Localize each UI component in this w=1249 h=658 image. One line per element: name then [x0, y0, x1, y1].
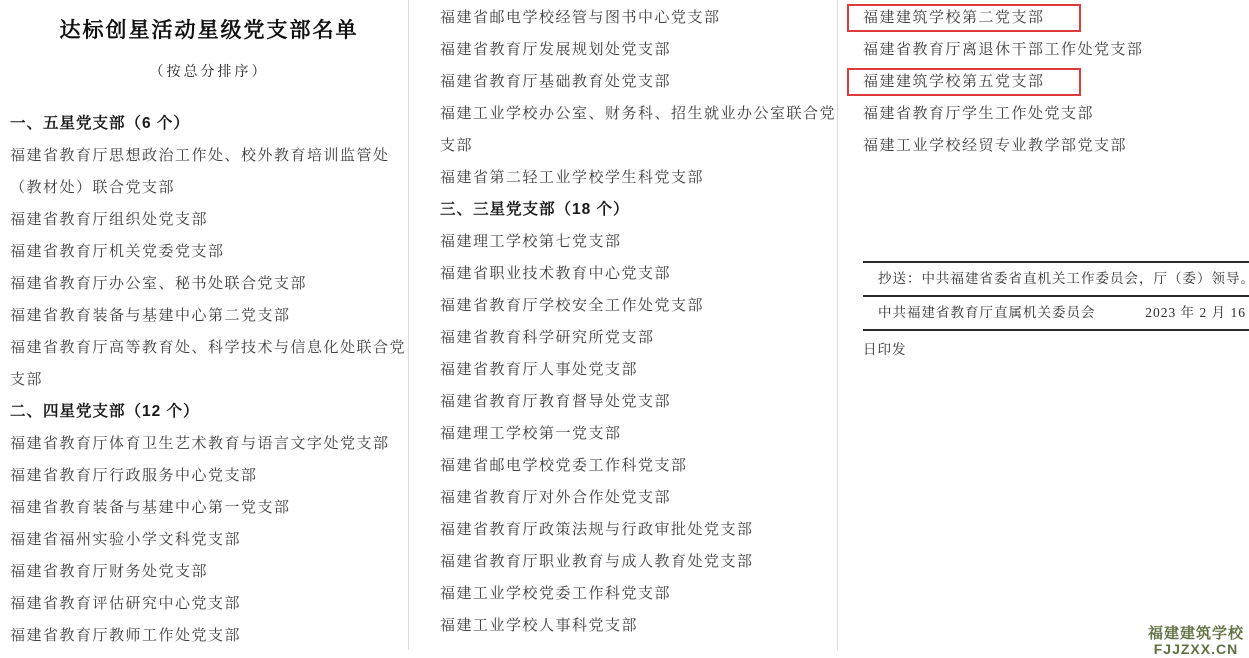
three-star-list-part2: 福建建筑学校第二党支部福建省教育厅离退休干部工作处党支部福建建筑学校第五党支部福… — [863, 4, 1249, 162]
four-star-list-part2: 福建省邮电学校经管与图书中心党支部福建省教育厅发展规划处党支部福建省教育厅基础教… — [440, 2, 837, 194]
list-item: 福建省教育厅机关党委党支部 — [10, 236, 408, 268]
issuer-row: 中共福建省教育厅直属机关委员会 2023 年 2 月 16 — [863, 297, 1249, 331]
list-item: 福建工业学校经贸专业教学部党支部 — [863, 130, 1249, 162]
list-item: 福建省教育厅思想政治工作处、校外教育培训监管处（教材处）联合党支部 — [10, 140, 408, 204]
list-item: 福建工业学校党委工作科党支部 — [440, 578, 837, 610]
list-item: 福建工业学校人事科党支部 — [440, 610, 837, 642]
list-item: 福建理工学校第一党支部 — [440, 418, 837, 450]
list-item: 福建省教育厅体育卫生艺术教育与语言文字处党支部 — [10, 428, 408, 460]
issue-date-continued: 日印发 — [863, 340, 1249, 360]
list-item: 福建省教育装备与基建中心第一党支部 — [10, 492, 408, 524]
section-heading-three-star: 三、三星党支部（18 个） — [440, 194, 837, 226]
issuer-name: 中共福建省教育厅直属机关委员会 — [878, 297, 1096, 329]
list-item: 福建省教育厅职业教育与成人教育处党支部 — [440, 546, 837, 578]
section-heading-four-star: 二、四星党支部（12 个） — [10, 396, 408, 428]
list-item: 福建省邮电学校党委工作科党支部 — [440, 450, 837, 482]
list-item: 福建省教育厅教育督导处党支部 — [440, 386, 837, 418]
column-3: 福建建筑学校第二党支部福建省教育厅离退休干部工作处党支部福建建筑学校第五党支部福… — [863, 0, 1249, 658]
list-item: 福建省教育厅办公室、秘书处联合党支部 — [10, 268, 408, 300]
list-item: 福建省教育科学研究所党支部 — [440, 322, 837, 354]
list-item: 福建省教育厅离退休干部工作处党支部 — [863, 34, 1249, 66]
list-item: 福建省教育厅学生工作处党支部 — [863, 98, 1249, 130]
list-item: 福建省教育评估研究中心党支部 — [10, 588, 408, 620]
list-item: 福建省教育厅财务处党支部 — [10, 556, 408, 588]
list-item: 福建省福州实验小学文科党支部 — [10, 524, 408, 556]
list-item: 福建省教育厅行政服务中心党支部 — [10, 460, 408, 492]
list-item: 福建省职业技术教育中心党支部 — [440, 258, 837, 290]
list-item: 福建省教育厅政策法规与行政审批处党支部 — [440, 514, 837, 546]
five-star-list: 福建省教育厅思想政治工作处、校外教育培训监管处（教材处）联合党支部福建省教育厅组… — [10, 140, 408, 396]
list-item: 福建省教育厅人事处党支部 — [440, 354, 837, 386]
list-item: 福建工业学校办公室、财务科、招生就业办公室联合党支部 — [440, 98, 837, 162]
column-divider-2 — [837, 0, 838, 650]
site-watermark: 福建建筑学校 FJJZXX.CN — [1148, 626, 1244, 657]
list-item: 福建省教育厅基础教育处党支部 — [440, 66, 837, 98]
issue-date: 2023 年 2 月 16 — [1145, 297, 1246, 329]
watermark-school-name: 福建建筑学校 — [1148, 626, 1244, 642]
list-item-highlighted: 福建建筑学校第二党支部 — [847, 4, 1081, 32]
list-item: 福建省教育厅高等教育处、科学技术与信息化处联合党支部 — [10, 332, 408, 396]
list-item: 福建省教育厅发展规划处党支部 — [440, 34, 837, 66]
cc-line: 抄送：中共福建省委省直机关工作委员会，厅（委）领导。 — [863, 263, 1249, 297]
document-page: 达标创星活动星级党支部名单 （按总分排序） 一、五星党支部（6 个） 福建省教育… — [0, 0, 1249, 658]
list-item: 福建省教育厅学校安全工作处党支部 — [440, 290, 837, 322]
column-1: 达标创星活动星级党支部名单 （按总分排序） 一、五星党支部（6 个） 福建省教育… — [10, 0, 408, 652]
three-star-list-part1: 福建理工学校第七党支部福建省职业技术教育中心党支部福建省教育厅学校安全工作处党支… — [440, 226, 837, 642]
column-2: 福建省邮电学校经管与图书中心党支部福建省教育厅发展规划处党支部福建省教育厅基础教… — [440, 0, 837, 642]
list-item: 福建省教育厅对外合作处党支部 — [440, 482, 837, 514]
watermark-site-url: FJJZXX.CN — [1148, 642, 1244, 657]
list-item: 福建省第二轻工业学校学生科党支部 — [440, 162, 837, 194]
document-footer: 抄送：中共福建省委省直机关工作委员会，厅（委）领导。 中共福建省教育厅直属机关委… — [863, 261, 1249, 360]
list-item: 福建省教育厅组织处党支部 — [10, 204, 408, 236]
column-divider-1 — [408, 0, 409, 650]
list-item-highlighted: 福建建筑学校第五党支部 — [847, 68, 1081, 96]
section-heading-five-star: 一、五星党支部（6 个） — [10, 108, 408, 140]
four-star-list-part1: 福建省教育厅体育卫生艺术教育与语言文字处党支部福建省教育厅行政服务中心党支部福建… — [10, 428, 408, 652]
list-item: 福建省邮电学校经管与图书中心党支部 — [440, 2, 837, 34]
list-item: 福建省教育装备与基建中心第二党支部 — [10, 300, 408, 332]
page-subtitle: （按总分排序） — [10, 63, 408, 83]
list-item: 福建理工学校第七党支部 — [440, 226, 837, 258]
page-title: 达标创星活动星级党支部名单 — [10, 16, 408, 46]
list-item: 福建省教育厅教师工作处党支部 — [10, 620, 408, 652]
